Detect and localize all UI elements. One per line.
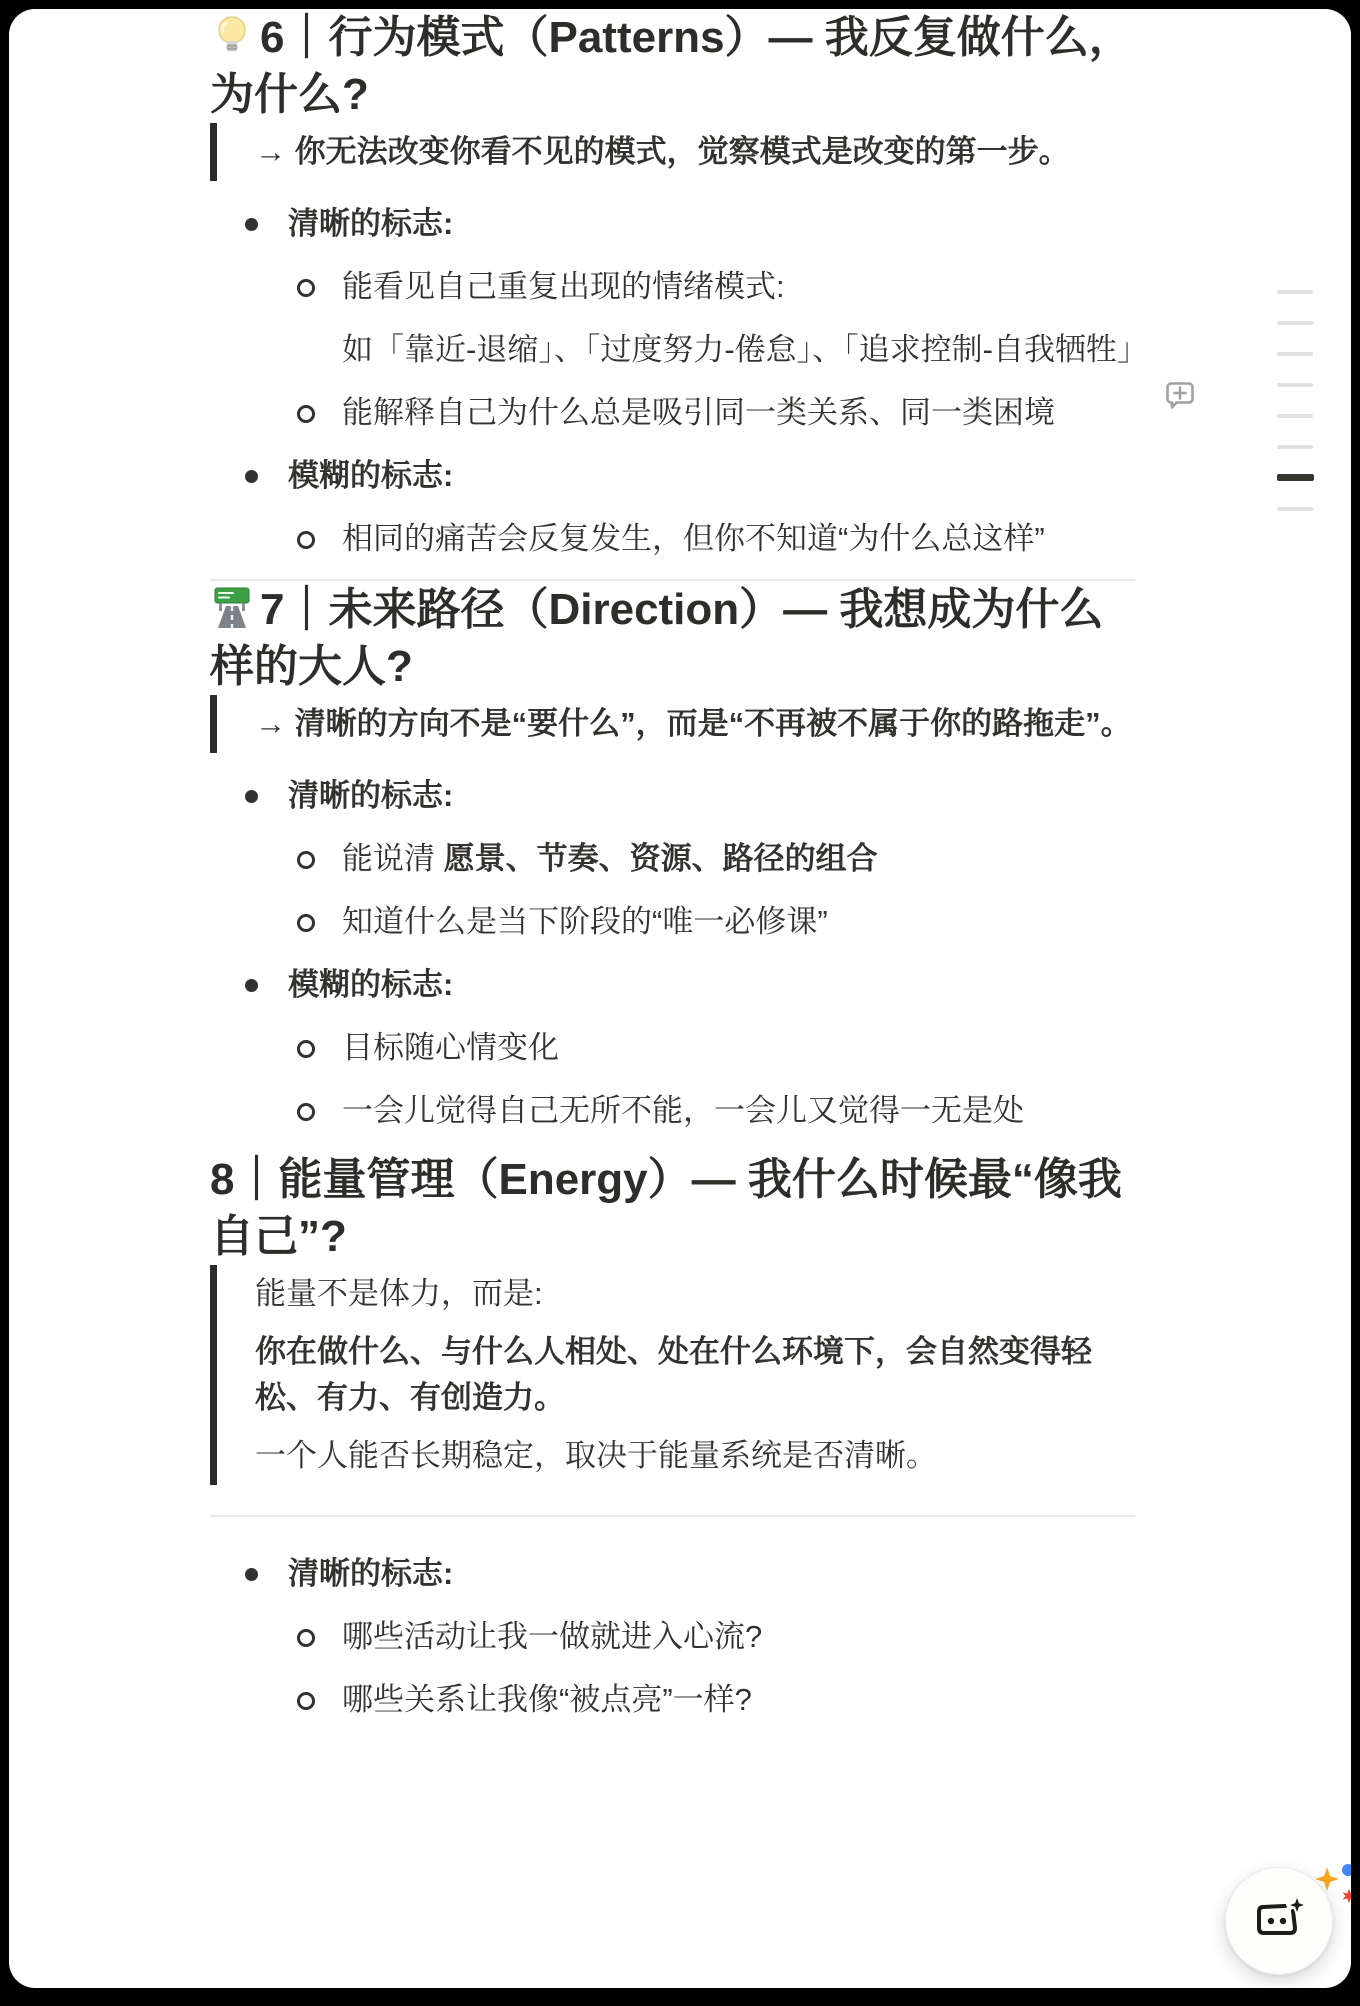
section-title: 8｜能量管理（Energy）— 我什么时候最“像我自己”? (210, 1155, 1122, 1261)
text-bold: 愿景、节奏、资源、路径的组合 (444, 841, 878, 876)
bullet-list: 清晰的标志: 哪些活动让我一做就进入心流? 哪些关系让我像“被点亮”一样? (210, 1551, 1135, 1723)
screenshot-root: { "ui": { "frame_color": "#000000", "pag… (0, 0, 1360, 2006)
list-item: 知道什么是当下阶段的“唯一必修课” (210, 899, 1135, 945)
list-item-label: 清晰的标志: (288, 201, 453, 247)
quote-text: 能量不是体力，而是: (255, 1271, 1135, 1317)
list-item-text: 哪些关系让我像“被点亮”一样? (342, 1677, 752, 1723)
list-item-note: 如「靠近-退缩」、「过度努力-倦怠」、「追求控制-自我牺牲」 (342, 327, 1135, 373)
toc-line[interactable] (1277, 290, 1313, 294)
list-item-label: 清晰的标志: (288, 773, 453, 819)
circle-bullet-icon (297, 914, 315, 932)
list-item: 能看见自己重复出现的情绪模式: (210, 264, 1135, 310)
list-item-label: 清晰的标志: (288, 1551, 453, 1597)
toc-line[interactable] (1277, 445, 1313, 449)
bullet-icon (245, 790, 258, 803)
circle-bullet-icon (297, 279, 315, 297)
list-item: 清晰的标志: (210, 773, 1135, 819)
list-item: 能解释自己为什么总是吸引同一类关系、同一类困境 (210, 390, 1135, 436)
quote-block: 能量不是体力，而是: 你在做什么、与什么人相处、处在什么环境下，会自然变得轻松、… (210, 1265, 1135, 1485)
circle-bullet-icon (297, 531, 315, 549)
list-item: 清晰的标志: (210, 1551, 1135, 1597)
circle-bullet-icon (297, 1629, 315, 1647)
lightbulb-icon (210, 14, 256, 58)
circle-bullet-icon (297, 405, 315, 423)
toc-line[interactable] (1277, 352, 1313, 356)
bullet-icon (245, 979, 258, 992)
list-item-text: 相同的痛苦会反复发生，但你不知道“为什么总这样” (342, 516, 1045, 562)
assistant-button-area (1219, 1855, 1351, 1988)
burst-sparkle-icon (1341, 1889, 1351, 1910)
text-normal: 能说清 (342, 841, 444, 876)
list-item-text: 能解释自己为什么总是吸引同一类关系、同一类困境 (342, 390, 1055, 436)
bullet-icon (245, 218, 258, 231)
bullet-icon (245, 1568, 258, 1581)
list-item-text: 能说清 愿景、节奏、资源、路径的组合 (342, 836, 878, 882)
robot-assistant-icon (1249, 1891, 1309, 1952)
outline-indicator (1277, 290, 1317, 538)
toc-line-active[interactable] (1277, 474, 1314, 481)
list-item: 模糊的标志: (210, 962, 1135, 1008)
bullet-list: 清晰的标志: 能看见自己重复出现的情绪模式: 如「靠近-退缩」、「过度努力-倦怠… (210, 201, 1135, 562)
list-item-text: 能看见自己重复出现的情绪模式: (342, 264, 785, 310)
toc-line[interactable] (1277, 507, 1313, 511)
list-item-text: 知道什么是当下阶段的“唯一必修课” (342, 899, 828, 945)
section-title: 6｜行为模式（Patterns）— 我反复做什么，为什么? (210, 13, 1133, 119)
list-item: 一会儿觉得自己无所不能，一会儿又觉得一无是处 (210, 1088, 1135, 1134)
list-item: 目标随心情变化 (210, 1025, 1135, 1071)
document-body: 6｜行为模式（Patterns）— 我反复做什么，为什么? → 你无法改变你看不… (210, 9, 1135, 1740)
quote-text: → 清晰的方向不是“要什么”，而是“不再被不属于你的路拖走”。 (255, 701, 1135, 747)
bullet-icon (245, 470, 258, 483)
toc-line[interactable] (1277, 321, 1313, 325)
list-item: 哪些关系让我像“被点亮”一样? (210, 1677, 1135, 1723)
list-item-label: 模糊的标志: (288, 453, 453, 499)
list-item-text: 哪些活动让我一做就进入心流? (342, 1614, 762, 1660)
list-item-text: 目标随心情变化 (342, 1025, 559, 1071)
list-item: 能说清 愿景、节奏、资源、路径的组合 (210, 836, 1135, 882)
dot-sparkle-icon (1341, 1863, 1351, 1882)
list-item-label: 模糊的标志: (288, 962, 453, 1008)
toc-line[interactable] (1277, 383, 1313, 387)
circle-bullet-icon (297, 851, 315, 869)
circle-bullet-icon (297, 1040, 315, 1058)
section-heading-8: 8｜能量管理（Energy）— 我什么时候最“像我自己”? (210, 1151, 1135, 1265)
quote-text: 一个人能否长期稳定，取决于能量系统是否清晰。 (255, 1433, 1135, 1479)
quote-block: → 你无法改变你看不见的模式，觉察模式是改变的第一步。 (210, 123, 1135, 181)
ai-assistant-button[interactable] (1225, 1867, 1333, 1975)
motorway-icon (210, 586, 256, 630)
circle-bullet-icon (297, 1692, 315, 1710)
section-heading-6: 6｜行为模式（Patterns）— 我反复做什么，为什么? (210, 9, 1135, 123)
quote-block: → 清晰的方向不是“要什么”，而是“不再被不属于你的路拖走”。 (210, 695, 1135, 753)
toc-line[interactable] (1277, 414, 1313, 418)
section-heading-7: 7｜未来路径（Direction）— 我想成为什么样的大人? (210, 581, 1135, 695)
quote-text: → 你无法改变你看不见的模式，觉察模式是改变的第一步。 (255, 129, 1135, 175)
bullet-list: 清晰的标志: 能说清 愿景、节奏、资源、路径的组合 知道什么是当下阶段的“唯一必… (210, 773, 1135, 1134)
list-item-text: 一会儿觉得自己无所不能，一会儿又觉得一无是处 (342, 1088, 1024, 1134)
quote-text: 你在做什么、与什么人相处、处在什么环境下，会自然变得轻松、有力、有创造力。 (255, 1329, 1135, 1421)
section-title: 7｜未来路径（Direction）— 我想成为什么样的大人? (210, 585, 1103, 691)
list-item: 清晰的标志: (210, 201, 1135, 247)
list-item: 模糊的标志: (210, 453, 1135, 499)
circle-bullet-icon (297, 1103, 315, 1121)
add-comment-button[interactable] (1164, 378, 1198, 412)
list-item: 哪些活动让我一做就进入心流? (210, 1614, 1135, 1660)
list-item: 相同的痛苦会反复发生，但你不知道“为什么总这样” (210, 516, 1135, 562)
document-page: 6｜行为模式（Patterns）— 我反复做什么，为什么? → 你无法改变你看不… (9, 9, 1351, 1988)
divider (210, 1515, 1135, 1517)
